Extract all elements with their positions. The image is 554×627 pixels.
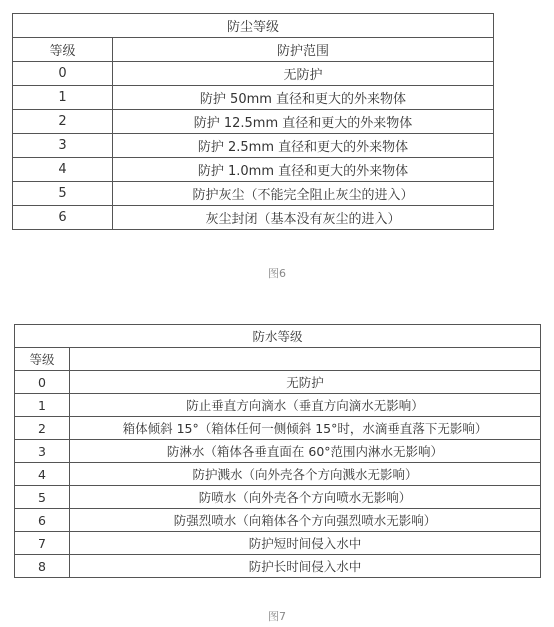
desc-cell: 防强烈喷水（向箱体各个方向强烈喷水无影响） [70, 509, 541, 532]
level-cell: 6 [15, 509, 70, 532]
desc-cell: 防护溅水（向外壳各个方向溅水无影响） [70, 463, 541, 486]
header-range: 防护范围 [113, 38, 494, 62]
table-header-row: 等级 防护范围 [13, 38, 494, 62]
table-row: 3防护 2.5mm 直径和更大的外来物体 [13, 134, 494, 158]
header-level: 等级 [15, 348, 70, 371]
desc-cell: 防止垂直方向滴水（垂直方向滴水无影响） [70, 394, 541, 417]
desc-cell: 防护 12.5mm 直径和更大的外来物体 [113, 110, 494, 134]
desc-cell: 无防护 [70, 371, 541, 394]
table-title: 防水等级 [15, 325, 541, 348]
level-cell: 4 [15, 463, 70, 486]
table-row: 5防护灰尘（不能完全阻止灰尘的进入） [13, 182, 494, 206]
table-row: 8防护长时间侵入水中 [15, 555, 541, 578]
table-row: 4防护 1.0mm 直径和更大的外来物体 [13, 158, 494, 182]
table-title: 防尘等级 [13, 14, 494, 38]
level-cell: 1 [15, 394, 70, 417]
header-level: 等级 [13, 38, 113, 62]
table-row: 0无防护 [13, 62, 494, 86]
table-row: 3防淋水（箱体各垂直面在 60°范围内淋水无影响） [15, 440, 541, 463]
water-protection-table: 防水等级 等级 0无防护 1防止垂直方向滴水（垂直方向滴水无影响） 2箱体倾斜 … [14, 324, 541, 578]
header-range [70, 348, 541, 371]
table-row: 1防护 50mm 直径和更大的外来物体 [13, 86, 494, 110]
level-cell: 2 [13, 110, 113, 134]
desc-cell: 灰尘封闭（基本没有灰尘的进入） [113, 206, 494, 230]
table-row: 7防护短时间侵入水中 [15, 532, 541, 555]
desc-cell: 箱体倾斜 15°（箱体任何一侧倾斜 15°时，水滴垂直落下无影响） [70, 417, 541, 440]
level-cell: 8 [15, 555, 70, 578]
figure-caption-7: 图7 [0, 608, 554, 624]
desc-cell: 防护 2.5mm 直径和更大的外来物体 [113, 134, 494, 158]
table-title-row: 防尘等级 [13, 14, 494, 38]
level-cell: 4 [13, 158, 113, 182]
table-row: 2箱体倾斜 15°（箱体任何一侧倾斜 15°时，水滴垂直落下无影响） [15, 417, 541, 440]
table-row: 1防止垂直方向滴水（垂直方向滴水无影响） [15, 394, 541, 417]
level-cell: 6 [13, 206, 113, 230]
desc-cell: 防护短时间侵入水中 [70, 532, 541, 555]
desc-cell: 防淋水（箱体各垂直面在 60°范围内淋水无影响） [70, 440, 541, 463]
table-title-row: 防水等级 [15, 325, 541, 348]
table-row: 6防强烈喷水（向箱体各个方向强烈喷水无影响） [15, 509, 541, 532]
table-row: 6灰尘封闭（基本没有灰尘的进入） [13, 206, 494, 230]
level-cell: 5 [15, 486, 70, 509]
level-cell: 3 [13, 134, 113, 158]
level-cell: 5 [13, 182, 113, 206]
table-row: 5防喷水（向外壳各个方向喷水无影响） [15, 486, 541, 509]
level-cell: 3 [15, 440, 70, 463]
level-cell: 1 [13, 86, 113, 110]
level-cell: 0 [15, 371, 70, 394]
desc-cell: 防护 50mm 直径和更大的外来物体 [113, 86, 494, 110]
table-row: 2防护 12.5mm 直径和更大的外来物体 [13, 110, 494, 134]
table-row: 0无防护 [15, 371, 541, 394]
table-header-row: 等级 [15, 348, 541, 371]
level-cell: 0 [13, 62, 113, 86]
desc-cell: 防护长时间侵入水中 [70, 555, 541, 578]
level-cell: 7 [15, 532, 70, 555]
desc-cell: 无防护 [113, 62, 494, 86]
desc-cell: 防喷水（向外壳各个方向喷水无影响） [70, 486, 541, 509]
desc-cell: 防护 1.0mm 直径和更大的外来物体 [113, 158, 494, 182]
level-cell: 2 [15, 417, 70, 440]
table-row: 4防护溅水（向外壳各个方向溅水无影响） [15, 463, 541, 486]
dust-protection-table: 防尘等级 等级 防护范围 0无防护 1防护 50mm 直径和更大的外来物体 2防… [12, 13, 494, 230]
desc-cell: 防护灰尘（不能完全阻止灰尘的进入） [113, 182, 494, 206]
figure-caption-6: 图6 [0, 265, 554, 281]
